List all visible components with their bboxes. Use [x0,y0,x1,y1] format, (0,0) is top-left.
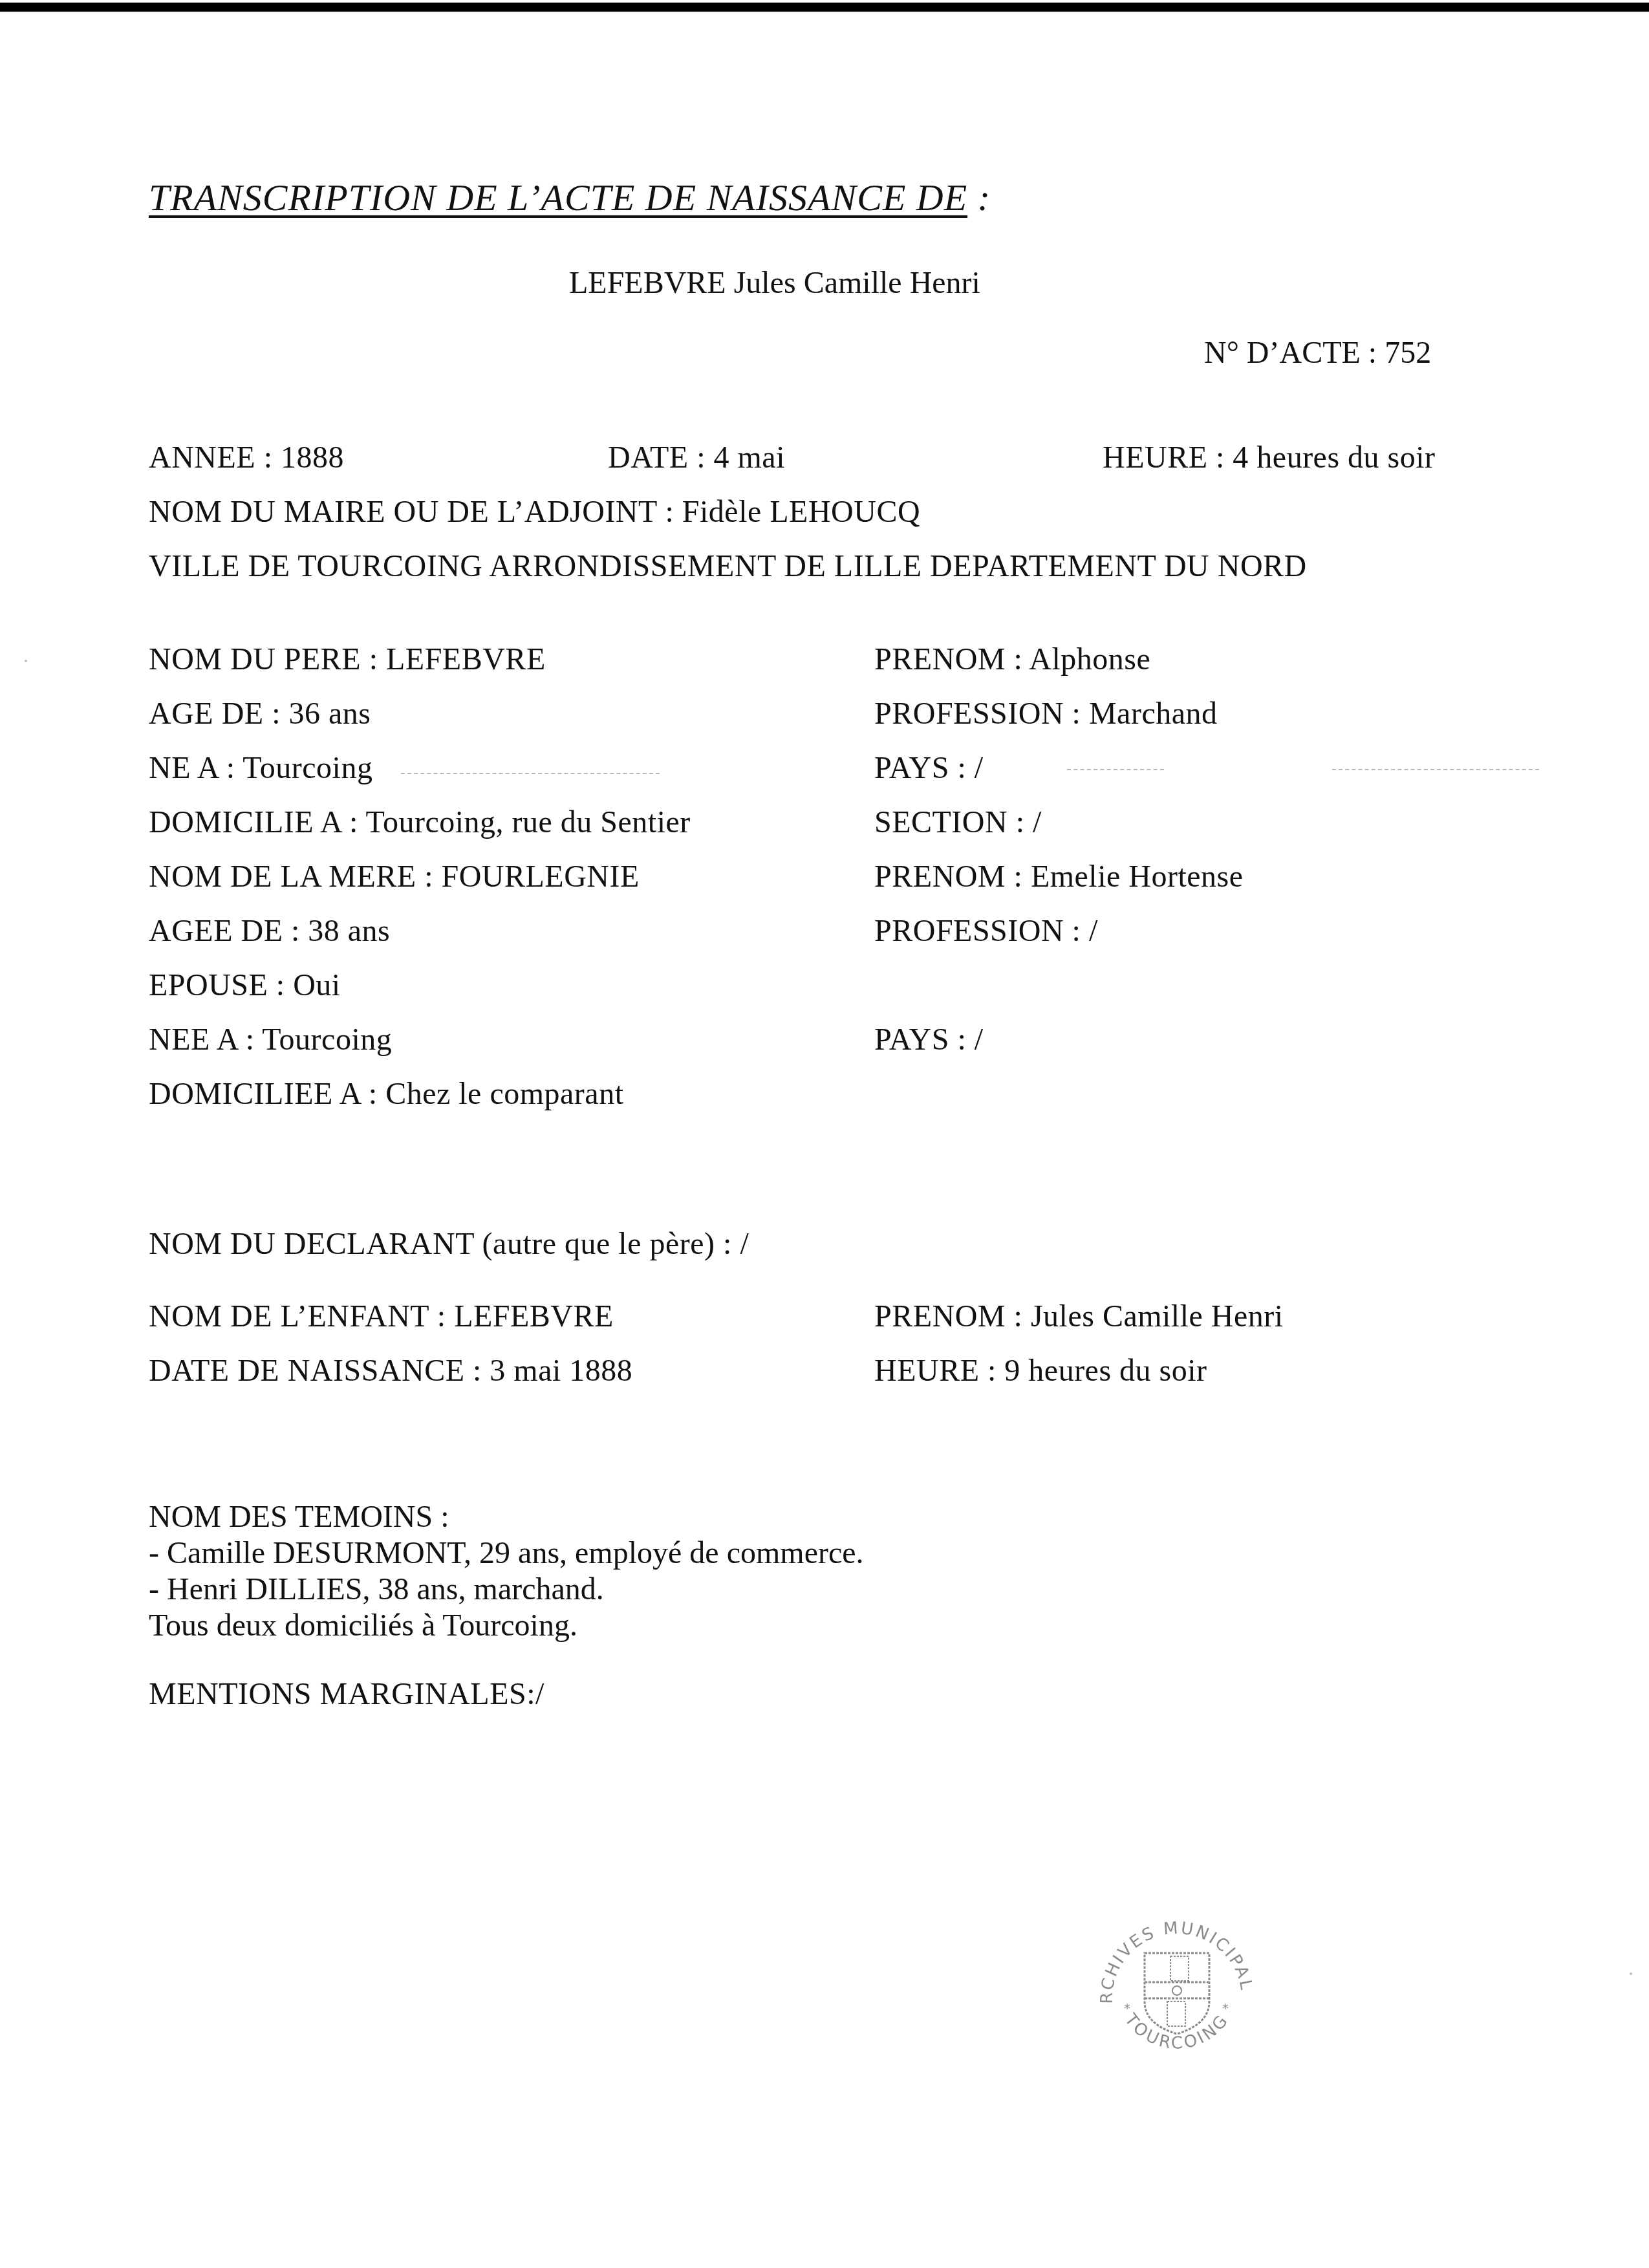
father-nom: NOM DU PERE : LEFEBVRE [149,642,546,678]
mother-age: AGEE DE : 38 ans [149,913,390,949]
child-date-naissance: DATE DE NAISSANCE : 3 mai 1888 [149,1353,632,1389]
child-heure: HEURE : 9 heures du soir [874,1353,1207,1389]
witness-line: Tous deux domiciliés à Tourcoing. [149,1608,864,1644]
father-domicile: DOMICILIE A : Tourcoing, rue du Sentier [149,805,691,841]
mother-domicile: DOMICILIEE A : Chez le comparant [149,1076,623,1112]
document-title: TRANSCRIPTION DE L’ACTE DE NAISSANCE DE … [149,176,991,219]
field-date: DATE : 4 mai [608,440,785,476]
field-heure: HEURE : 4 heures du soir [1103,440,1436,476]
father-section: SECTION : / [874,805,1042,841]
declarant: NOM DU DECLARANT (autre que le père) : / [149,1226,749,1262]
father-ne-a: NE A : Tourcoing [149,750,372,786]
witness-line: - Henri DILLIES, 38 ans, marchand. [149,1571,864,1608]
subject-name: LEFEBVRE Jules Camille Henri [569,265,980,301]
document-title-suffix: : [967,177,991,219]
field-annee: ANNEE : 1888 [149,440,344,476]
child-nom: NOM DE L’ENFANT : LEFEBVRE [149,1299,614,1335]
field-ville: VILLE DE TOURCOING ARRONDISSEMENT DE LIL… [149,548,1307,585]
scan-artifact [401,773,660,775]
field-maire: NOM DU MAIRE OU DE L’ADJOINT : Fidèle LE… [149,494,920,530]
mother-pays: PAYS : / [874,1022,984,1058]
father-profession: PROFESSION : Marchand [874,696,1218,732]
mother-nom: NOM DE LA MERE : FOURLEGNIE [149,859,640,895]
svg-text:ARCHIVES MUNICIPALES: ARCHIVES MUNICIPALES [1086,1895,1256,2004]
father-pays: PAYS : / [874,750,984,786]
mentions-marginales: MENTIONS MARGINALES:/ [149,1676,544,1712]
archives-seal-icon: ARCHIVES MUNICIPALES TOURCOING * * [1086,1895,1267,2076]
scan-artifact [25,660,27,662]
father-age: AGE DE : 36 ans [149,696,371,732]
mother-prenom: PRENOM : Emelie Hortense [874,859,1244,895]
stamp-top-text: ARCHIVES MUNICIPALES [1086,1895,1256,2004]
mother-epouse: EPOUSE : Oui [149,967,341,1004]
archives-stamp: ARCHIVES MUNICIPALES TOURCOING * * [1086,1895,1267,2076]
scan-artifact [1067,769,1164,772]
witnesses-heading: NOM DES TEMOINS : [149,1499,864,1535]
svg-text:*: * [1124,2000,1130,2016]
document-title-text: TRANSCRIPTION DE L’ACTE DE NAISSANCE DE [149,177,967,219]
witnesses-block: NOM DES TEMOINS : - Camille DESURMONT, 2… [149,1499,864,1644]
svg-text:TOURCOING: TOURCOING [1120,2010,1233,2053]
child-prenom: PRENOM : Jules Camille Henri [874,1299,1284,1335]
svg-text:*: * [1222,2000,1229,2016]
scan-top-border [0,3,1649,12]
acte-number: N° D’ACTE : 752 [1204,335,1431,371]
mother-nee-a: NEE A : Tourcoing [149,1022,392,1058]
witness-line: - Camille DESURMONT, 29 ans, employé de … [149,1535,864,1571]
scan-artifact [1630,1972,1632,1975]
father-prenom: PRENOM : Alphonse [874,642,1150,678]
stamp-bottom-text: TOURCOING [1120,2010,1233,2053]
mother-profession: PROFESSION : / [874,913,1098,949]
scan-artifact [1332,769,1539,772]
